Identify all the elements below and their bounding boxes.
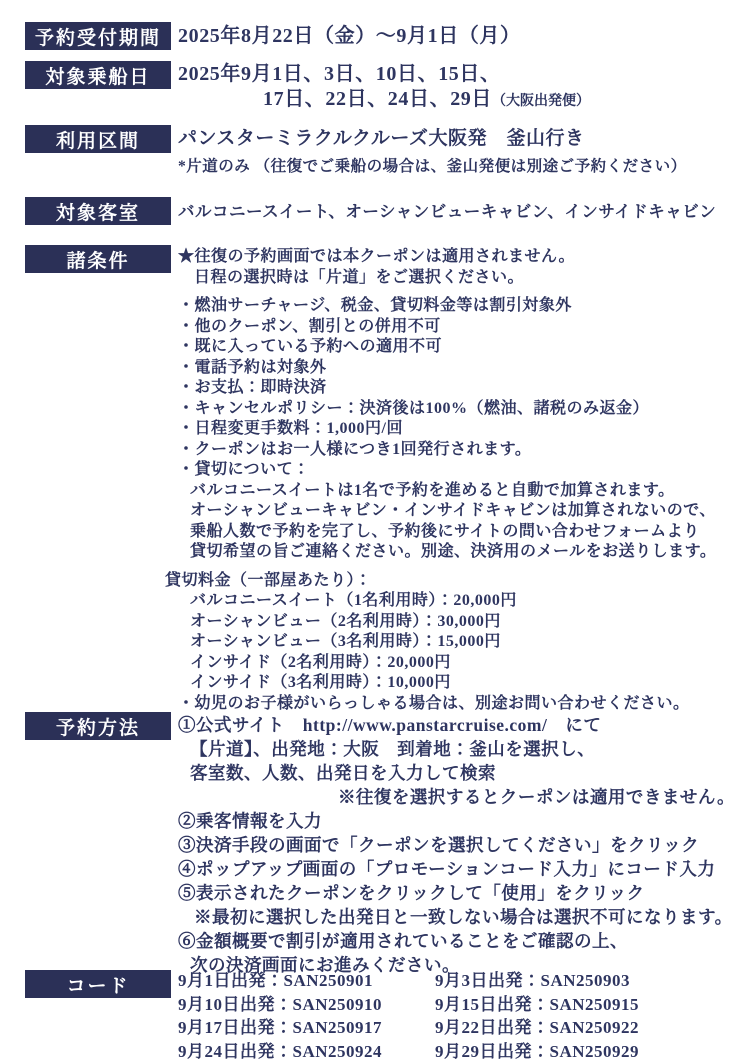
spacer (165, 563, 737, 571)
flyer-page: { "page": { "colors": { "navy": "#2b3057… (0, 0, 750, 1061)
text-line: バルコニースイート（1名利用時）：20,000円 (190, 591, 737, 612)
label-box-booking-method: 予約方法 (25, 712, 171, 740)
text-line: 貸切料金（一部屋あたり）： (165, 571, 737, 592)
text-line: ・お支払：即時決済 (178, 378, 737, 399)
cabin-types-content: バルコニースイート、オーシャンビューキャビン、インサイドキャビン (165, 197, 737, 225)
section-coupon-codes: コード 9月1日出発：SAN2509019月3日出発：SAN2509039月10… (0, 968, 750, 1061)
section-cabin-types: 対象客室 バルコニースイート、オーシャンビューキャビン、インサイドキャビン (0, 197, 750, 225)
code-row: 9月17日出発：SAN2509179月22日出発：SAN250922 (178, 1016, 737, 1040)
text-line: ★往復の予約画面では本クーポンは適用されません。 (178, 247, 737, 268)
label-box-coupon-codes: コード (25, 970, 171, 998)
text-line: ・燃油サーチャージ、税金、貸切料金等は割引対象外 (178, 296, 737, 317)
text-line: オーシャンビュー（2名利用時）：30,000円 (190, 612, 737, 633)
code-cell: 9月1日出発：SAN250901 (178, 969, 435, 993)
spacer (165, 288, 737, 296)
code-cell: 9月10日出発：SAN250910 (178, 993, 435, 1017)
label-box-conditions: 諸条件 (25, 245, 171, 273)
text-line: オーシャンビューキャビン・インサイドキャビンは加算されないので、 (190, 501, 737, 522)
text-line: ⑤表示されたクーポンをクリックして「使用」をクリック (178, 881, 737, 905)
text-line: バルコニースイート、オーシャンビューキャビン、インサイドキャビン (178, 198, 737, 225)
text-line: ・キャンセルポリシー：決済後は100%（燃油、諸税のみ返金） (178, 399, 737, 420)
text-line: バルコニースイートは1名で予約を進めると自動で加算されます。 (190, 481, 737, 502)
text-line: 乗船人数で予約を完了し、予約後にサイトの問い合わせフォームより (190, 522, 737, 543)
text-line: ①公式サイト http://www.panstarcruise.com/ にて (178, 713, 737, 737)
text-line: ・クーポンはお一人様につき1回発行されます。 (178, 440, 737, 461)
code-cell: 9月24日出発：SAN250924 (178, 1040, 435, 1061)
code-row: 9月24日出発：SAN2509249月29日出発：SAN250929 (178, 1040, 737, 1061)
text-line: 客室数、人数、出発日を入力して検索 (190, 761, 737, 785)
text-line: 2025年9月1日、3日、10日、15日、 (178, 62, 737, 87)
code-cell: 9月17日出発：SAN250917 (178, 1016, 435, 1040)
text-line: 【片道】、出発地：大阪 到着地：釜山を選択し、 (190, 737, 737, 761)
small-note: （大阪出発便） (492, 94, 590, 109)
reservation-period-content: 2025年8月22日（金）～9月1日（月） (165, 22, 737, 50)
text-line: 日程の選択時は「片道」をご選択ください。 (194, 268, 737, 289)
section-reservation-period: 予約受付期間 2025年8月22日（金）～9月1日（月） (0, 22, 750, 50)
text-line: ・貸切について： (178, 460, 737, 481)
text-line: ※最初に選択した出発日と一致しない場合は選択不可になります。 (194, 905, 737, 929)
text-line: ⑥金額概要で割引が適用されていることをご確認の上、 (178, 929, 737, 953)
text-line: ④ポップアップ画面の「プロモーションコード入力」にコード入力 (178, 857, 737, 881)
text-line: インサイド（3名利用時）：10,000円 (190, 673, 737, 694)
code-cell: 9月29日出発：SAN250929 (435, 1040, 737, 1061)
label-box-reservation-period: 予約受付期間 (25, 22, 171, 50)
text-line: 17日、22日、24日、29日（大阪出発便） (263, 87, 737, 114)
text-line: インサイド（2名利用時）：20,000円 (190, 653, 737, 674)
label-box-cabin-types: 対象客室 (25, 197, 171, 225)
text-line: ※往復を選択するとクーポンは適用できません。 (165, 785, 735, 809)
label-box-route: 利用区間 (25, 125, 171, 153)
text-line: ・日程変更手数料：1,000円/回 (178, 419, 737, 440)
code-row: 9月1日出発：SAN2509019月3日出発：SAN250903 (178, 969, 737, 993)
code-cell: 9月3日出発：SAN250903 (435, 969, 737, 993)
booking-method-content: ①公式サイト http://www.panstarcruise.com/ にて【… (165, 712, 737, 977)
coupon-codes-content: 9月1日出発：SAN2509019月3日出発：SAN2509039月10日出発：… (165, 968, 737, 1061)
text-line: 2025年8月22日（金）～9月1日（月） (178, 23, 737, 50)
text-line: 貸切希望の旨ご連絡ください。別途、決済用のメールをお送りします。 (190, 542, 737, 563)
boarding-dates-content: 2025年9月1日、3日、10日、15日、17日、22日、24日、29日（大阪出… (165, 61, 737, 114)
text-line: ③決済手段の画面で「クーポンを選択してください」をクリック (178, 833, 737, 857)
section-route: 利用区間 パンスターミラクルクルーズ大阪発 釜山行き*片道のみ （往復でご乗船の… (0, 125, 750, 180)
text-line: パンスターミラクルクルーズ大阪発 釜山行き (178, 126, 737, 152)
text-line: ・幼児のお子様がいらっしゃる場合は、別途お問い合わせください。 (178, 694, 737, 715)
code-row: 9月10日出発：SAN2509109月15日出発：SAN250915 (178, 993, 737, 1017)
text-line: ・既に入っている予約への適用不可 (178, 337, 737, 358)
text-line: ②乗客情報を入力 (178, 809, 737, 833)
section-boarding-dates: 対象乗船日 2025年9月1日、3日、10日、15日、17日、22日、24日、2… (0, 61, 750, 114)
code-cell: 9月22日出発：SAN250922 (435, 1016, 737, 1040)
section-conditions: 諸条件 ★往復の予約画面では本クーポンは適用されません。日程の選択時は「片道」を… (0, 245, 750, 714)
route-content: パンスターミラクルクルーズ大阪発 釜山行き*片道のみ （往復でご乗船の場合は、釜… (165, 125, 737, 180)
text-line: ・電話予約は対象外 (178, 358, 737, 379)
label-box-boarding-dates: 対象乗船日 (25, 61, 171, 89)
text-line: ・他のクーポン、割引との併用不可 (178, 317, 737, 338)
section-booking-method: 予約方法 ①公式サイト http://www.panstarcruise.com… (0, 712, 750, 977)
conditions-content: ★往復の予約画面では本クーポンは適用されません。日程の選択時は「片道」をご選択く… (165, 245, 737, 714)
code-cell: 9月15日出発：SAN250915 (435, 993, 737, 1017)
text-line: オーシャンビュー（3名利用時）：15,000円 (190, 632, 737, 653)
text-line: *片道のみ （往復でご乗船の場合は、釜山発便は別途ご予約ください） (178, 154, 737, 180)
